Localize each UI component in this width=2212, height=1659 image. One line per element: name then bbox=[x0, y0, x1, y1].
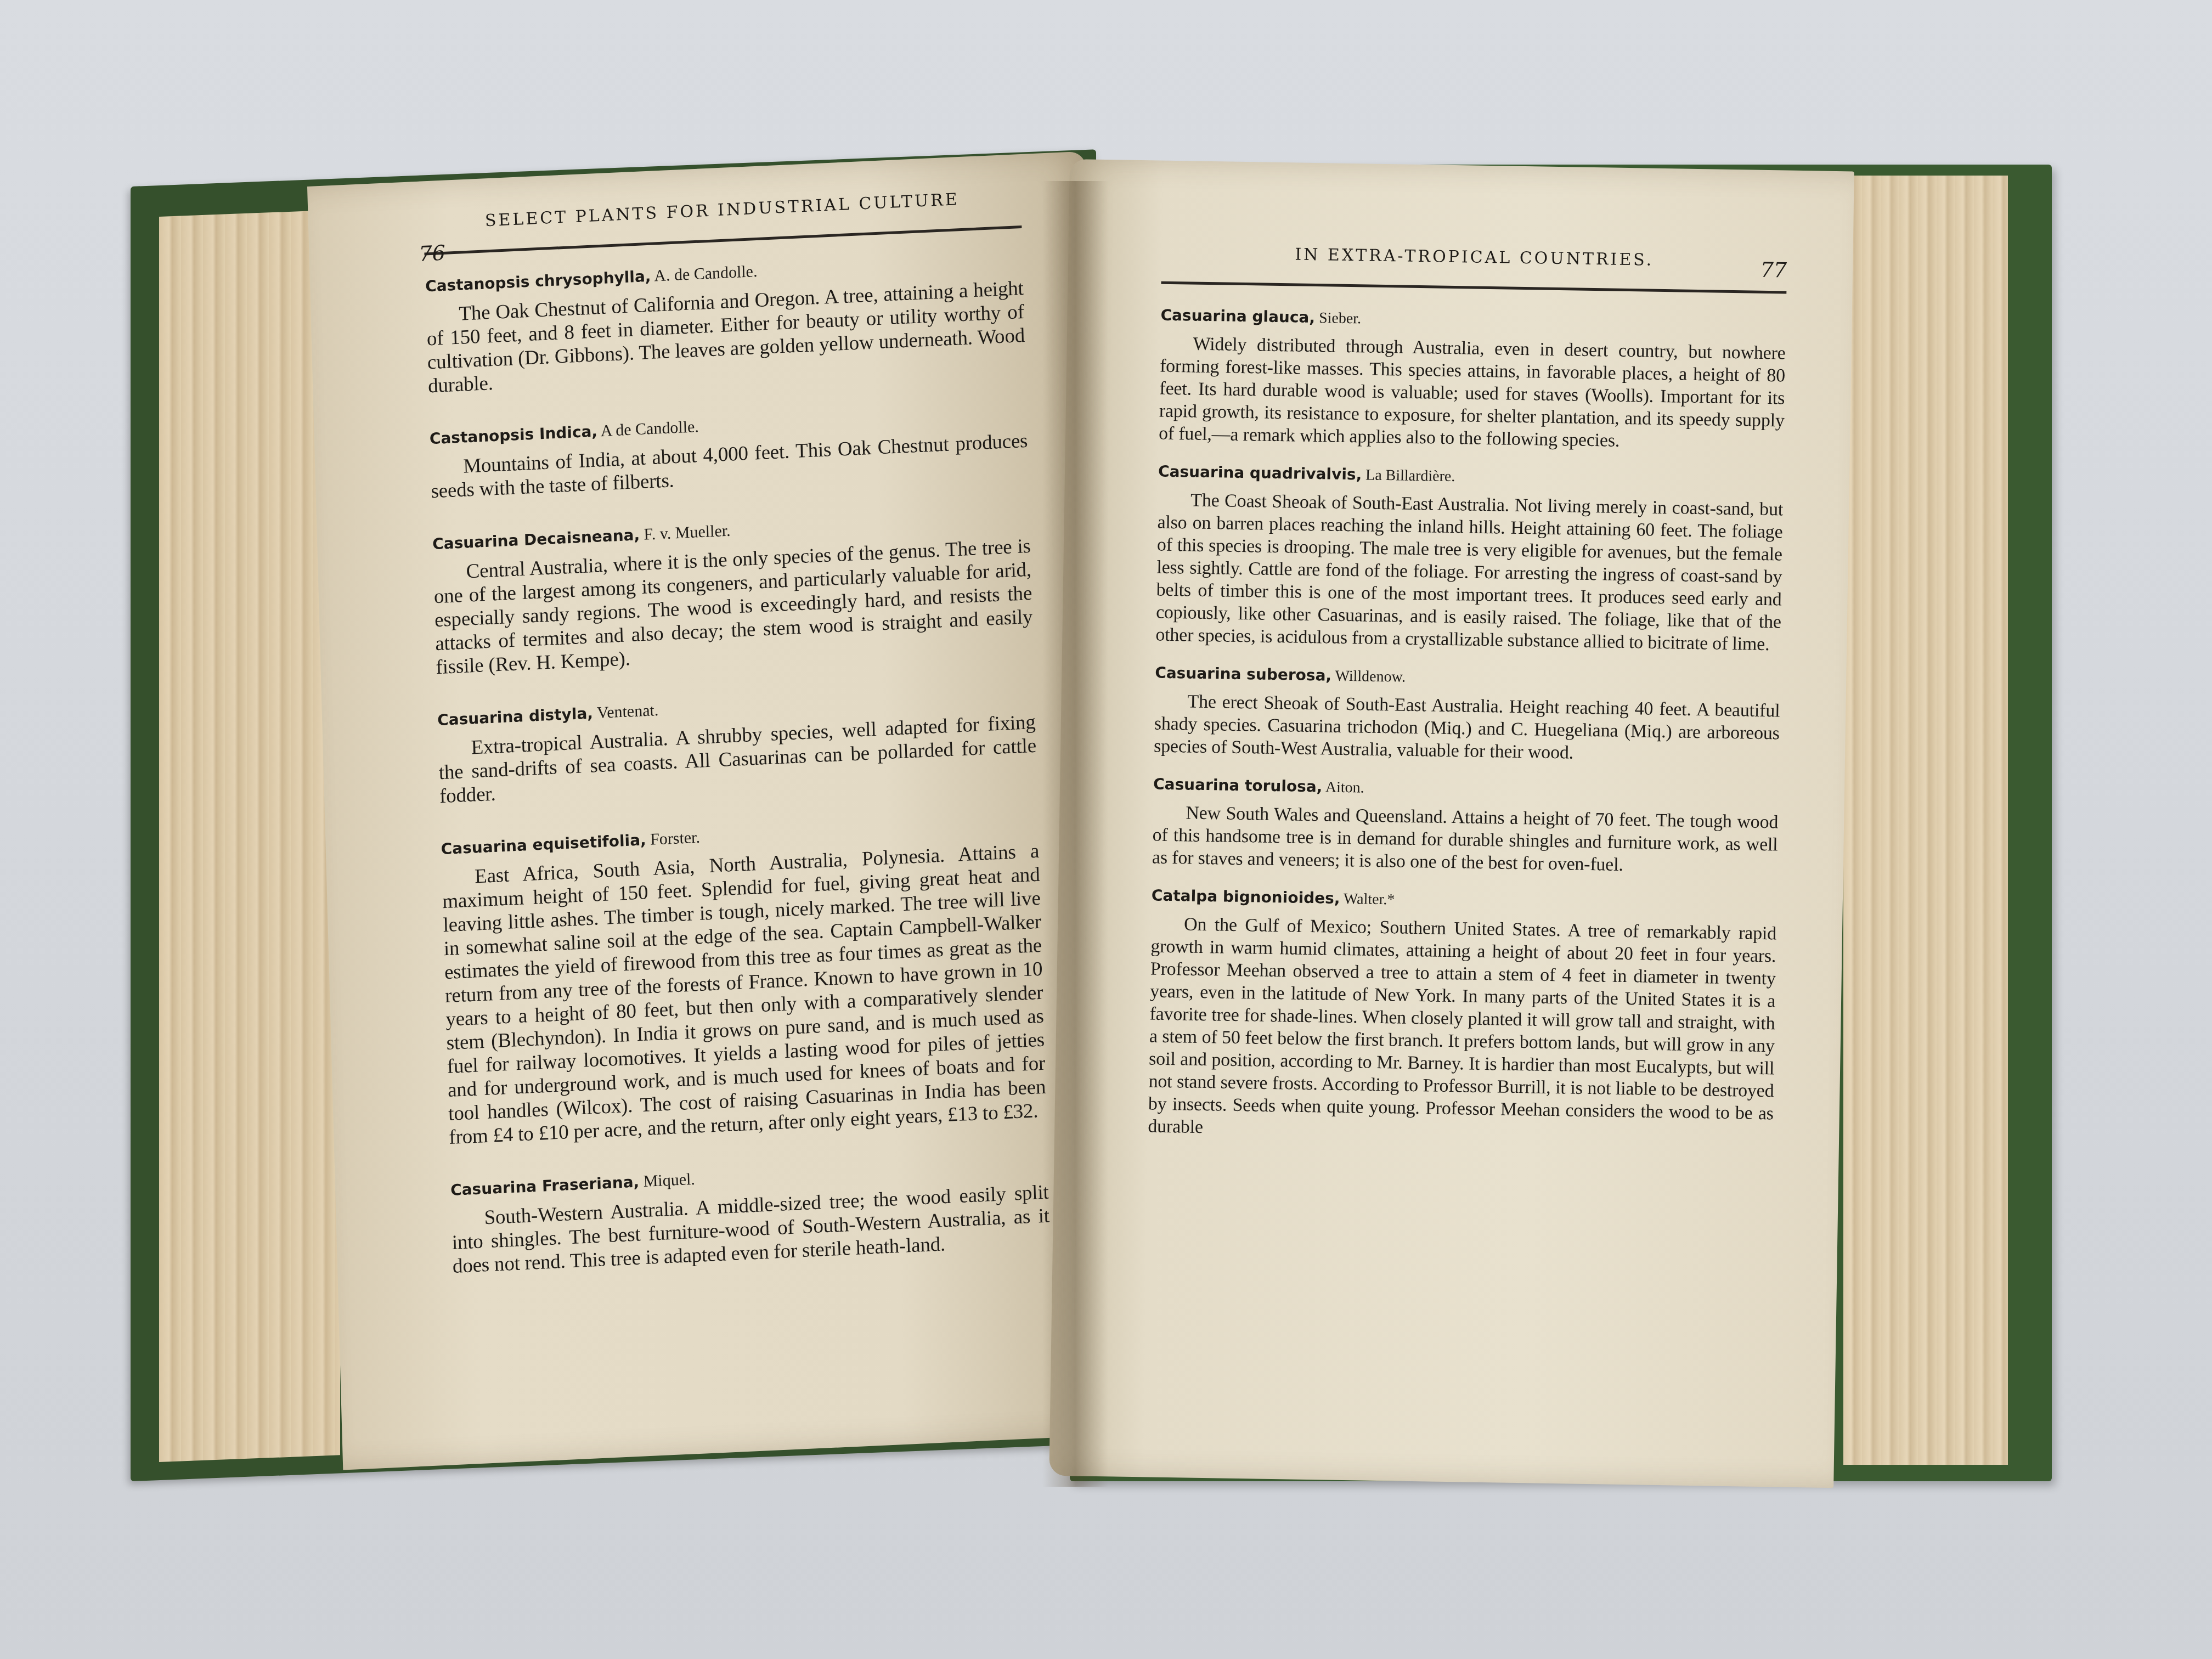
entry-body: Widely distributed through Australia, ev… bbox=[1159, 332, 1786, 455]
entry: Casuarina Fraseriana, Miquel. South-West… bbox=[450, 1154, 1051, 1278]
entry-body: The Coast Sheoak of South-East Australia… bbox=[1155, 489, 1783, 656]
species-author: Walter.* bbox=[1344, 890, 1395, 908]
entry-body: East Africa, South Asia, North Australia… bbox=[442, 839, 1047, 1149]
species-author: La Billardière. bbox=[1365, 467, 1455, 486]
left-page: 76 SELECT PLANTS FOR INDUSTRIAL CULTURE … bbox=[307, 151, 1121, 1470]
running-head-right: IN EXTRA-TROPICAL COUNTRIES. 77 bbox=[1161, 243, 1787, 294]
species-author: Forster. bbox=[650, 828, 701, 849]
species-author: Miquel. bbox=[643, 1170, 695, 1190]
running-head-title-left: SELECT PLANTS FOR INDUSTRIAL CULTURE bbox=[423, 187, 1021, 233]
species-name: Casuarina torulosa, bbox=[1153, 775, 1323, 796]
entry-body: The erect Sheoak of South-East Australia… bbox=[1154, 690, 1780, 768]
page-number-left: 76 bbox=[419, 241, 446, 266]
entry-body: On the Gulf of Mexico; Southern United S… bbox=[1148, 913, 1776, 1148]
entry: Casuarina equisetifolia, Forster. East A… bbox=[441, 813, 1047, 1149]
entry-body: The Oak Chestnut of California and Orego… bbox=[426, 276, 1026, 398]
species-name: Casuarina quadrivalvis, bbox=[1158, 462, 1362, 484]
entry: Casuarina glauca, Sieber. Widely distrib… bbox=[1159, 306, 1786, 455]
species-name: Casuarina distyla, bbox=[437, 704, 594, 729]
entry-title: Casuarina torulosa, Aiton. bbox=[1153, 775, 1779, 804]
species-author: Ventenat. bbox=[596, 701, 658, 722]
species-name: Castanopsis Indica, bbox=[429, 422, 597, 448]
species-name: Catalpa bignonioides, bbox=[1152, 887, 1340, 907]
running-head-title-right: IN EXTRA-TROPICAL COUNTRIES. bbox=[1161, 243, 1787, 272]
page-number-right: 77 bbox=[1760, 258, 1787, 283]
entry-title: Casuarina suberosa, Willdenow. bbox=[1155, 664, 1780, 692]
page-stack-right bbox=[1843, 176, 2008, 1465]
entry: Casuarina Decaisneana, F. v. Mueller. Ce… bbox=[432, 508, 1034, 679]
species-author: A de Candolle. bbox=[600, 417, 699, 440]
open-book: 76 SELECT PLANTS FOR INDUSTRIAL CULTURE … bbox=[0, 0, 2212, 1659]
species-name: Casuarina Fraseriana, bbox=[450, 1172, 640, 1199]
entry: Casuarina torulosa, Aiton. New South Wal… bbox=[1152, 775, 1779, 879]
entry: Catalpa bignonioides, Walter.* On the Gu… bbox=[1148, 887, 1777, 1148]
entry-title: Casuarina glauca, Sieber. bbox=[1160, 306, 1786, 335]
entry-body: New South Wales and Queensland. Attains … bbox=[1152, 802, 1779, 879]
species-name: Castanopsis chrysophylla, bbox=[425, 267, 651, 296]
species-author: F. v. Mueller. bbox=[644, 522, 731, 544]
entry-title: Catalpa bignonioides, Walter.* bbox=[1152, 887, 1777, 915]
entry: Castanopsis chrysophylla, A. de Candolle… bbox=[425, 250, 1026, 398]
species-author: Sieber. bbox=[1319, 309, 1361, 327]
entry-body: Central Australia, where it is the only … bbox=[433, 534, 1034, 679]
right-page: IN EXTRA-TROPICAL COUNTRIES. 77 Casuarin… bbox=[1049, 159, 1854, 1488]
species-name: Casuarina Decaisneana, bbox=[432, 526, 640, 553]
entry: Casuarina quadrivalvis, La Billardière. … bbox=[1155, 462, 1784, 656]
species-name: Casuarina glauca, bbox=[1160, 306, 1315, 326]
species-author: Willdenow. bbox=[1335, 668, 1406, 686]
entry: Castanopsis Indica, A de Candolle. Mount… bbox=[429, 403, 1029, 503]
running-head-left: 76 SELECT PLANTS FOR INDUSTRIAL CULTURE bbox=[423, 187, 1022, 255]
entry-title: Casuarina quadrivalvis, La Billardière. bbox=[1158, 462, 1784, 491]
entry: Casuarina suberosa, Willdenow. The erect… bbox=[1154, 664, 1781, 768]
species-name: Casuarina equisetifolia, bbox=[441, 831, 646, 858]
species-author: Aiton. bbox=[1325, 778, 1364, 796]
species-name: Casuarina suberosa, bbox=[1155, 664, 1331, 685]
species-author: A. de Candolle. bbox=[654, 262, 758, 285]
gutter-shadow bbox=[1042, 181, 1108, 1487]
entry: Casuarina distyla, Ventenat. Extra-tropi… bbox=[437, 684, 1037, 808]
